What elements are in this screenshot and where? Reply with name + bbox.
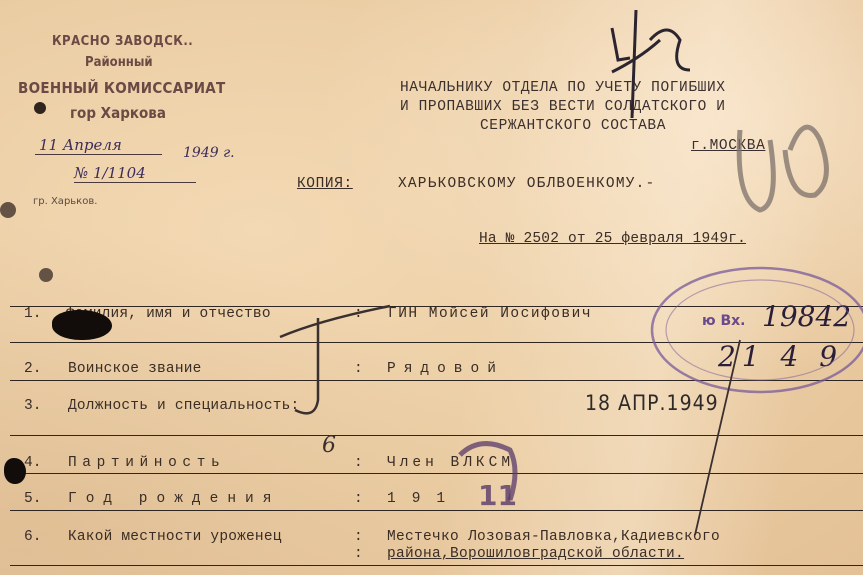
rule-line bbox=[10, 435, 863, 436]
row-6-number: 6. bbox=[24, 529, 41, 545]
row-6-value-line-1: Местечко Лозовая-Павловка,Кадиевского bbox=[387, 529, 720, 545]
svg-text:11: 11 bbox=[478, 479, 517, 512]
row-1-colon: : bbox=[354, 306, 363, 322]
row-6-value-line-2: района,Ворошиловградской области. bbox=[387, 546, 684, 562]
row-6-colon-2: : bbox=[354, 546, 363, 562]
row-4-colon: : bbox=[354, 455, 363, 471]
letterhead-city: гор Харкова bbox=[70, 104, 166, 122]
row-2-colon: : bbox=[354, 361, 363, 377]
row-6-colon: : bbox=[354, 529, 363, 545]
svg-text:6: 6 bbox=[322, 433, 336, 458]
row-2-value: Рядовой bbox=[387, 361, 504, 377]
copy-label: КОПИЯ: bbox=[297, 176, 353, 192]
row-4-label: Партийность bbox=[68, 455, 225, 471]
burn-hole bbox=[34, 102, 46, 114]
burn-hole bbox=[39, 268, 53, 282]
letter-date: 11 Апреля bbox=[35, 136, 162, 155]
circle-stamp bbox=[460, 444, 515, 500]
burn-hole bbox=[52, 310, 112, 340]
row-4-value: Член ВЛКСМ bbox=[387, 455, 514, 471]
addressee-line-1: НАЧАЛЬНИКУ ОТДЕЛА ПО УЧЕТУ ПОГИБШИХ bbox=[400, 80, 726, 96]
reference-line: На № 2502 от 25 февраля 1949г. bbox=[479, 231, 746, 247]
rule-line bbox=[10, 565, 863, 566]
copy-recipient: ХАРЬКОВСКОМУ ОБЛВОЕНКОМУ.- bbox=[398, 176, 655, 192]
row-1-number: 1. bbox=[24, 306, 41, 322]
row-5-number: 5. bbox=[24, 491, 41, 507]
registration-stamp-label: ю Вх. bbox=[702, 313, 746, 329]
letterhead-city-small: гр. Харьков. bbox=[33, 196, 97, 207]
row-5-value: 191 bbox=[387, 491, 461, 507]
letterhead-org: ВОЕННЫЙ КОМИССАРИАТ bbox=[18, 79, 226, 97]
rule-line bbox=[10, 380, 863, 381]
burn-hole bbox=[4, 458, 26, 484]
addressee-city: г.МОСКВА bbox=[691, 138, 765, 154]
row-5-label: Год рождения bbox=[68, 491, 280, 507]
row-2-label: Воинское звание bbox=[68, 361, 202, 377]
registration-number: 19842 bbox=[762, 300, 851, 333]
rule-line bbox=[10, 510, 863, 511]
letterhead-type: Районный bbox=[85, 55, 153, 70]
row-4-number: 4. bbox=[24, 455, 41, 471]
row-2-number: 2. bbox=[24, 361, 41, 377]
letterhead-district: КРАСНО ЗАВОДСК.. bbox=[52, 34, 193, 49]
outgoing-number: № 1/1104 bbox=[74, 164, 196, 183]
row-3-label: Должность и специальность: bbox=[68, 398, 299, 414]
addressee-line-2: И ПРОПАВШИХ БЕЗ ВЕСТИ СОЛДАТСКОГО И bbox=[400, 99, 726, 115]
row-1-value: ГИН Мойсей Иосифович bbox=[388, 306, 592, 322]
burn-hole bbox=[0, 202, 16, 218]
received-date-stamp: 18 АПР.1949 bbox=[585, 391, 719, 415]
row-5-colon: : bbox=[354, 491, 363, 507]
row-3-number: 3. bbox=[24, 398, 41, 414]
rule-line bbox=[10, 473, 863, 474]
letter-year: 1949 г. bbox=[183, 145, 235, 161]
registration-date: 21 4 9 bbox=[718, 340, 843, 373]
row-6-label: Какой местности уроженец bbox=[68, 529, 282, 545]
addressee-line-3: СЕРЖАНТСКОГО СОСТАВА bbox=[480, 118, 666, 134]
